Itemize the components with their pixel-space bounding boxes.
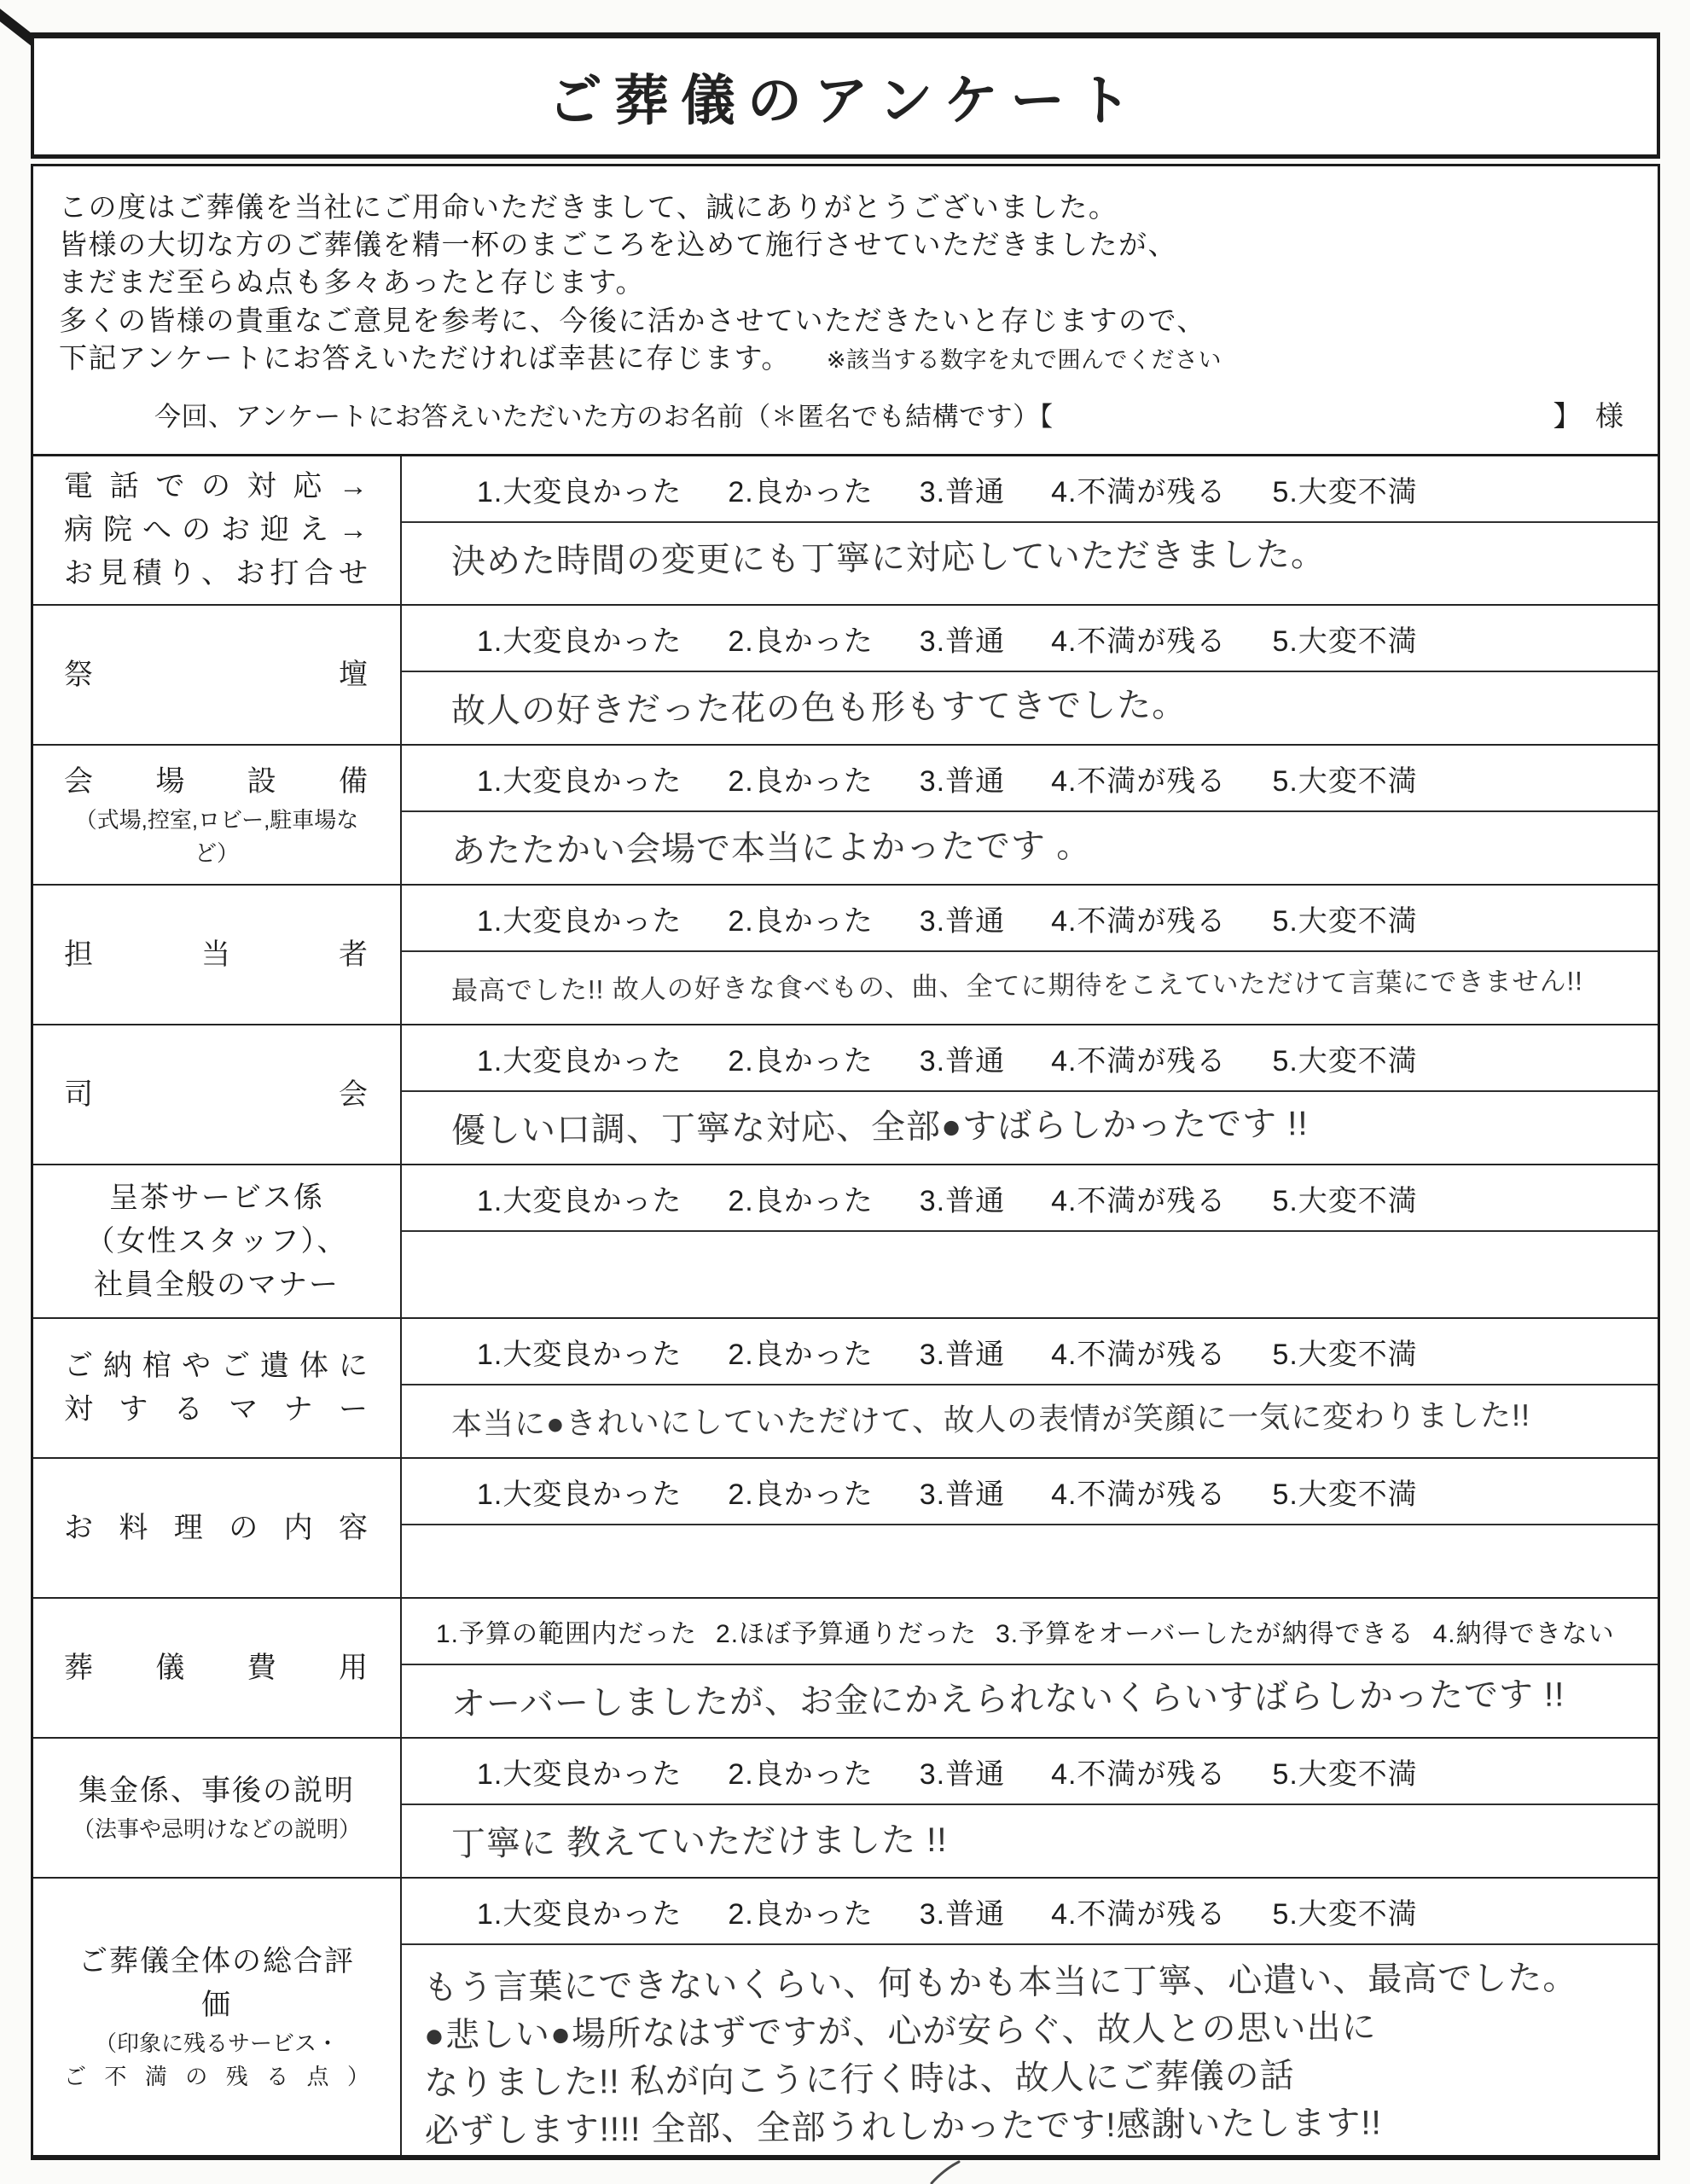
form-body: この度はご葬儀を当社にご用命いただきまして、誠にありがとうございました。 皆様の… (31, 164, 1660, 2160)
rating-option[interactable]: 4.不満が残る (1051, 1177, 1226, 1219)
rating-option[interactable]: 5.大変不満 (1272, 1891, 1417, 1932)
question-label: ご葬儀全体の総合評価（印象に残るサービス・ご不満の残る点） (33, 1879, 402, 2155)
rating-option[interactable]: 1.大変良かった (477, 758, 682, 799)
rating-option[interactable]: 4.不満が残る (1051, 1037, 1226, 1079)
question-row: ご葬儀全体の総合評価（印象に残るサービス・ご不満の残る点） 1.大変良かった2.… (33, 1879, 1658, 2155)
intro-line-with-note: 下記アンケートにお答えいただければ幸甚に存じます。※該当する数字を丸で囲んでくだ… (59, 340, 1637, 377)
rating-option[interactable]: 3.普通 (920, 1177, 1005, 1219)
handwritten-comment-line: 必ずします!!!! 全部、全部うれしかったです!感謝いたします!! (425, 2097, 1645, 2155)
rating-option[interactable]: 1.大変良かった (477, 1471, 682, 1513)
rating-option[interactable]: 1.大変良かった (477, 1177, 682, 1219)
question-label-line: 集金係、事後の説明 (64, 1769, 369, 1813)
name-honorific: 様 (1595, 398, 1629, 435)
handwritten-comment-line: 本当に●きれいにしていただけて、故人の表情が笑顔に一気に変わりました!! (451, 1391, 1644, 1449)
name-label: 今回、アンケートにお答えいただいた方のお名前（＊匿名でも結構です）【 (154, 399, 1054, 435)
intro-line: 皆様の大切な方のご葬儀を精一杯のまごころを込めて施行させていただきましたが、 (59, 226, 1637, 264)
rating-option[interactable]: 4.不満が残る (1051, 618, 1226, 659)
rating-option[interactable]: 5.大変不満 (1272, 1037, 1417, 1079)
handwritten-comment-line: 丁寧に 教えていただけました !! (451, 1810, 1644, 1868)
question-row: 電話での対応→病院へのお迎え→お見積り、お打合せ 1.大変良かった2.良かった3… (33, 456, 1658, 606)
rating-option[interactable]: 5.大変不満 (1272, 1331, 1417, 1373)
rating-option[interactable]: 3.普通 (920, 1331, 1005, 1373)
question-label-line: 会場設備 (64, 760, 369, 804)
rating-option[interactable]: 1.大変良かった (477, 1891, 682, 1932)
handwritten-comment-line: オーバーしましたが、お金にかえられないくらいすばらしかったです !! (451, 1670, 1644, 1728)
rating-options: 1.予算の範囲内だった2.ほぼ予算通りだった3.予算をオーバーしたが納得できる4… (402, 1599, 1658, 1665)
intro-line: まだまだ至らぬ点も多々あったと存じます。 (59, 264, 1637, 301)
question-label-line: （式場,控室,ロビー,駐車場など） (64, 804, 369, 870)
answer-cell: 1.大変良かった2.良かった3.普通4.不満が残る5.大変不満 決めた時間の変更… (402, 456, 1658, 604)
handwritten-comment: 優しい口調、丁寧な対応、全部●すばらしかったです !! (402, 1087, 1658, 1170)
intro-line: この度はご葬儀を当社にご用命いただきまして、誠にありがとうございました。 (59, 189, 1637, 226)
rating-option[interactable]: 2.良かった (728, 1751, 873, 1792)
rating-option[interactable]: 4.不満が残る (1051, 468, 1226, 510)
question-label-line: （法事や忌明けなどの説明） (64, 1813, 369, 1846)
answer-cell: 1.大変良かった2.良かった3.普通4.不満が残る5.大変不満 もう言葉にできな… (402, 1879, 1658, 2155)
question-row: 担当者 1.大変良かった2.良かった3.普通4.不満が残る5.大変不満 最高でし… (33, 886, 1658, 1025)
intro-text: この度はご葬儀を当社にご用命いただきまして、誠にありがとうございました。 皆様の… (33, 166, 1658, 435)
rating-option[interactable]: 3.予算をオーバーしたが納得できる (996, 1612, 1414, 1650)
question-label-line: 司会 (64, 1073, 369, 1117)
question-row: 司会 1.大変良かった2.良かった3.普通4.不満が残る5.大変不満 優しい口調… (33, 1025, 1658, 1165)
question-row: 葬儀費用 1.予算の範囲内だった2.ほぼ予算通りだった3.予算をオーバーしたが納… (33, 1599, 1658, 1739)
rating-options: 1.大変良かった2.良かった3.普通4.不満が残る5.大変不満 (402, 1025, 1658, 1092)
question-label-line: 担当者 (64, 933, 369, 977)
question-label: ご納棺やご遺体に対するマナー (33, 1319, 402, 1457)
question-label: お料理の内容 (33, 1459, 402, 1597)
rating-option[interactable]: 1.大変良かった (477, 1331, 682, 1373)
rating-option[interactable]: 2.ほぼ予算通りだった (716, 1612, 977, 1650)
answer-cell: 1.大変良かった2.良かった3.普通4.不満が残る5.大変不満 本当に●きれいに… (402, 1319, 1658, 1457)
rating-option[interactable]: 3.普通 (920, 758, 1005, 799)
answer-cell: 1.大変良かった2.良かった3.普通4.不満が残る5.大変不満 丁寧に 教えてい… (402, 1739, 1658, 1877)
question-label-line: 社員全般のマナー (64, 1263, 369, 1307)
rating-option[interactable]: 3.普通 (920, 1037, 1005, 1079)
rating-option[interactable]: 1.大変良かった (477, 1751, 682, 1792)
answer-cell: 1.大変良かった2.良かった3.普通4.不満が残る5.大変不満 (402, 1165, 1658, 1317)
rating-options: 1.大変良かった2.良かった3.普通4.不満が残る5.大変不満 (402, 746, 1658, 812)
handwritten-comment-line: あたたかい会場で本当によかったです 。 (451, 817, 1644, 875)
rating-options: 1.大変良かった2.良かった3.普通4.不満が残る5.大変不満 (402, 1459, 1658, 1525)
rating-option[interactable]: 3.普通 (920, 468, 1005, 510)
answer-cell: 1.大変良かった2.良かった3.普通4.不満が残る5.大変不満 優しい口調、丁寧… (402, 1025, 1658, 1164)
handwritten-comment-line: 決めた時間の変更にも丁寧に対応していただきました。 (451, 528, 1644, 586)
question-row: 祭壇 1.大変良かった2.良かった3.普通4.不満が残る5.大変不満 故人の好き… (33, 606, 1658, 746)
handwritten-comment: 故人の好きだった花の色も形もすてきでした。 (402, 667, 1658, 750)
question-row: 集金係、事後の説明（法事や忌明けなどの説明） 1.大変良かった2.良かった3.普… (33, 1739, 1658, 1879)
rating-option[interactable]: 4.不満が残る (1051, 1751, 1226, 1792)
title-box: ご葬儀のアンケート (31, 32, 1660, 159)
rating-option[interactable]: 4.不満が残る (1051, 1891, 1226, 1932)
rating-option[interactable]: 5.大変不満 (1272, 618, 1417, 659)
question-row: ご納棺やご遺体に対するマナー 1.大変良かった2.良かった3.普通4.不満が残る… (33, 1319, 1658, 1459)
rating-option[interactable]: 2.良かった (728, 758, 873, 799)
question-label: 担当者 (33, 886, 402, 1024)
page-title: ご葬儀のアンケート (548, 57, 1143, 136)
question-label: 集金係、事後の説明（法事や忌明けなどの説明） (33, 1739, 402, 1877)
rating-option[interactable]: 2.良かった (728, 468, 873, 510)
rating-option[interactable]: 2.良かった (728, 1891, 873, 1932)
rating-option[interactable]: 2.良かった (728, 618, 873, 659)
rating-option[interactable]: 3.普通 (920, 1891, 1005, 1932)
name-line: 今回、アンケートにお答えいただいた方のお名前（＊匿名でも結構です）【 】 様 (154, 398, 1629, 435)
rating-option[interactable]: 5.大変不満 (1272, 1177, 1417, 1219)
question-label: 会場設備（式場,控室,ロビー,駐車場など） (33, 746, 402, 884)
rating-option[interactable]: 5.大変不満 (1272, 468, 1417, 510)
handwritten-comment: 最高でした!! 故人の好きな食べもの、曲、全てに期待をこえていただけて言葉にでき… (402, 947, 1658, 1030)
answer-cell: 1.大変良かった2.良かった3.普通4.不満が残る5.大変不満 あたたかい会場で… (402, 746, 1658, 884)
question-label-line: （女性スタッフ）、 (64, 1220, 369, 1263)
handwritten-comment (402, 1520, 1658, 1603)
rating-option[interactable]: 2.良かった (728, 1331, 873, 1373)
question-label-line: 病院へのお迎え→ (64, 508, 369, 552)
rating-option[interactable]: 3.普通 (920, 897, 1005, 939)
question-label-line: 呈茶サービス係 (64, 1176, 369, 1220)
question-label-line: 葬儀費用 (64, 1647, 369, 1690)
handwritten-comment-line: 最高でした!! 故人の好きな食べもの、曲、全てに期待をこえていただけて言葉にでき… (451, 957, 1644, 1015)
question-label: 司会 (33, 1025, 402, 1164)
rating-option[interactable]: 4.不満が残る (1051, 1331, 1226, 1373)
question-row: 会場設備（式場,控室,ロビー,駐車場など） 1.大変良かった2.良かった3.普通… (33, 746, 1658, 886)
rating-options: 1.大変良かった2.良かった3.普通4.不満が残る5.大変不満 (402, 1879, 1658, 1945)
rating-option[interactable]: 4.不満が残る (1051, 1471, 1226, 1513)
question-label-line: ご納棺やご遺体に (64, 1345, 369, 1388)
rating-option[interactable]: 1.大変良かった (477, 468, 682, 510)
handwritten-comment-line: 故人の好きだった花の色も形もすてきでした。 (451, 677, 1644, 735)
rating-option[interactable]: 2.良かった (728, 1037, 873, 1079)
rating-option[interactable]: 1.大変良かった (477, 618, 682, 659)
handwritten-comment-line: 優しい口調、丁寧な対応、全部●すばらしかったです !! (451, 1097, 1644, 1155)
rating-option[interactable]: 2.良かった (728, 1471, 873, 1513)
questionnaire-page: ご葬儀のアンケート この度はご葬儀を当社にご用命いただきまして、誠にありがとうご… (0, 0, 1690, 2184)
answer-cell: 1.大変良かった2.良かった3.普通4.不満が残る5.大変不満 故人の好きだった… (402, 606, 1658, 744)
rating-option[interactable]: 1.予算の範囲内だった (436, 1612, 697, 1650)
rating-option[interactable]: 1.大変良かった (477, 1037, 682, 1079)
intro-line: 下記アンケートにお答えいただければ幸甚に存じます。 (59, 342, 791, 374)
question-label-line: 電話での対応→ (64, 465, 369, 508)
rating-options: 1.大変良かった2.良かった3.普通4.不満が残る5.大変不満 (402, 1739, 1658, 1805)
handwritten-comment (402, 1227, 1658, 1323)
rating-options: 1.大変良かった2.良かった3.普通4.不満が残る5.大変不満 (402, 1319, 1658, 1385)
rating-option[interactable]: 4.不満が残る (1051, 897, 1226, 939)
rating-option[interactable]: 4.納得できない (1433, 1612, 1615, 1650)
question-label-line: 対するマナー (64, 1388, 369, 1432)
question-label-line: お料理の内容 (64, 1507, 369, 1550)
handwritten-comment: あたたかい会場で本当によかったです 。 (402, 807, 1658, 890)
handwritten-comment: 決めた時間の変更にも丁寧に対応していただきました。 (402, 518, 1658, 610)
question-label-line: お見積り、お打合せ (64, 552, 369, 595)
rating-options: 1.大変良かった2.良かった3.普通4.不満が残る5.大変不満 (402, 606, 1658, 672)
question-table: 電話での対応→病院へのお迎え→お見積り、お打合せ 1.大変良かった2.良かった3… (33, 454, 1658, 2155)
question-row: お料理の内容 1.大変良かった2.良かった3.普通4.不満が残る5.大変不満 (33, 1459, 1658, 1599)
circle-instruction-note: ※該当する数字を丸で囲んでください (827, 347, 1222, 373)
stray-pen-mark (928, 2160, 962, 2184)
answer-cell: 1.大変良かった2.良かった3.普通4.不満が残る5.大変不満 (402, 1459, 1658, 1597)
rating-option[interactable]: 4.不満が残る (1051, 758, 1226, 799)
question-label: 祭壇 (33, 606, 402, 744)
answer-cell: 1.大変良かった2.良かった3.普通4.不満が残る5.大変不満 最高でした!! … (402, 886, 1658, 1024)
rating-option[interactable]: 1.大変良かった (477, 897, 682, 939)
rating-option[interactable]: 2.良かった (728, 897, 873, 939)
question-label: 電話での対応→病院へのお迎え→お見積り、お打合せ (33, 456, 402, 604)
rating-option[interactable]: 3.普通 (920, 618, 1005, 659)
handwritten-comment: もう言葉にできないくらい、何もかも本当に丁寧、心遣い、最高でした。●悲しい●場所… (401, 1940, 1658, 2161)
question-label: 葬儀費用 (33, 1599, 402, 1737)
rating-option[interactable]: 5.大変不満 (1272, 1751, 1417, 1792)
question-label-line: ご葬儀全体の総合評価 (64, 1940, 369, 2027)
question-row: 呈茶サービス係（女性スタッフ）、社員全般のマナー 1.大変良かった2.良かった3… (33, 1165, 1658, 1319)
name-bracket-close: 】 (1554, 398, 1583, 435)
handwritten-comment: 丁寧に 教えていただけました !! (402, 1800, 1658, 1883)
rating-options: 1.大変良かった2.良かった3.普通4.不満が残る5.大変不満 (402, 1165, 1658, 1232)
rating-options: 1.大変良かった2.良かった3.普通4.不満が残る5.大変不満 (402, 456, 1658, 523)
rating-option[interactable]: 5.大変不満 (1272, 1471, 1417, 1513)
question-label-line: ご不満の残る点） (64, 2060, 369, 2094)
question-label-line: （印象に残るサービス・ (64, 2027, 369, 2060)
question-label-line: 祭壇 (64, 653, 369, 697)
rating-option[interactable]: 3.普通 (920, 1751, 1005, 1792)
handwritten-comment: オーバーしましたが、お金にかえられないくらいすばらしかったです !! (402, 1660, 1658, 1743)
rating-option[interactable]: 5.大変不満 (1272, 758, 1417, 799)
question-label: 呈茶サービス係（女性スタッフ）、社員全般のマナー (33, 1165, 402, 1317)
rating-option[interactable]: 5.大変不満 (1272, 897, 1417, 939)
rating-option[interactable]: 3.普通 (920, 1471, 1005, 1513)
answer-cell: 1.予算の範囲内だった2.ほぼ予算通りだった3.予算をオーバーしたが納得できる4… (402, 1599, 1658, 1737)
rating-option[interactable]: 2.良かった (728, 1177, 873, 1219)
rating-options: 1.大変良かった2.良かった3.普通4.不満が残る5.大変不満 (402, 886, 1658, 952)
handwritten-comment: 本当に●きれいにしていただけて、故人の表情が笑顔に一気に変わりました!! (402, 1380, 1658, 1463)
intro-line: 多くの皆様の貴重なご意見を参考に、今後に活かさせていただきたいと存じますので、 (59, 302, 1637, 340)
